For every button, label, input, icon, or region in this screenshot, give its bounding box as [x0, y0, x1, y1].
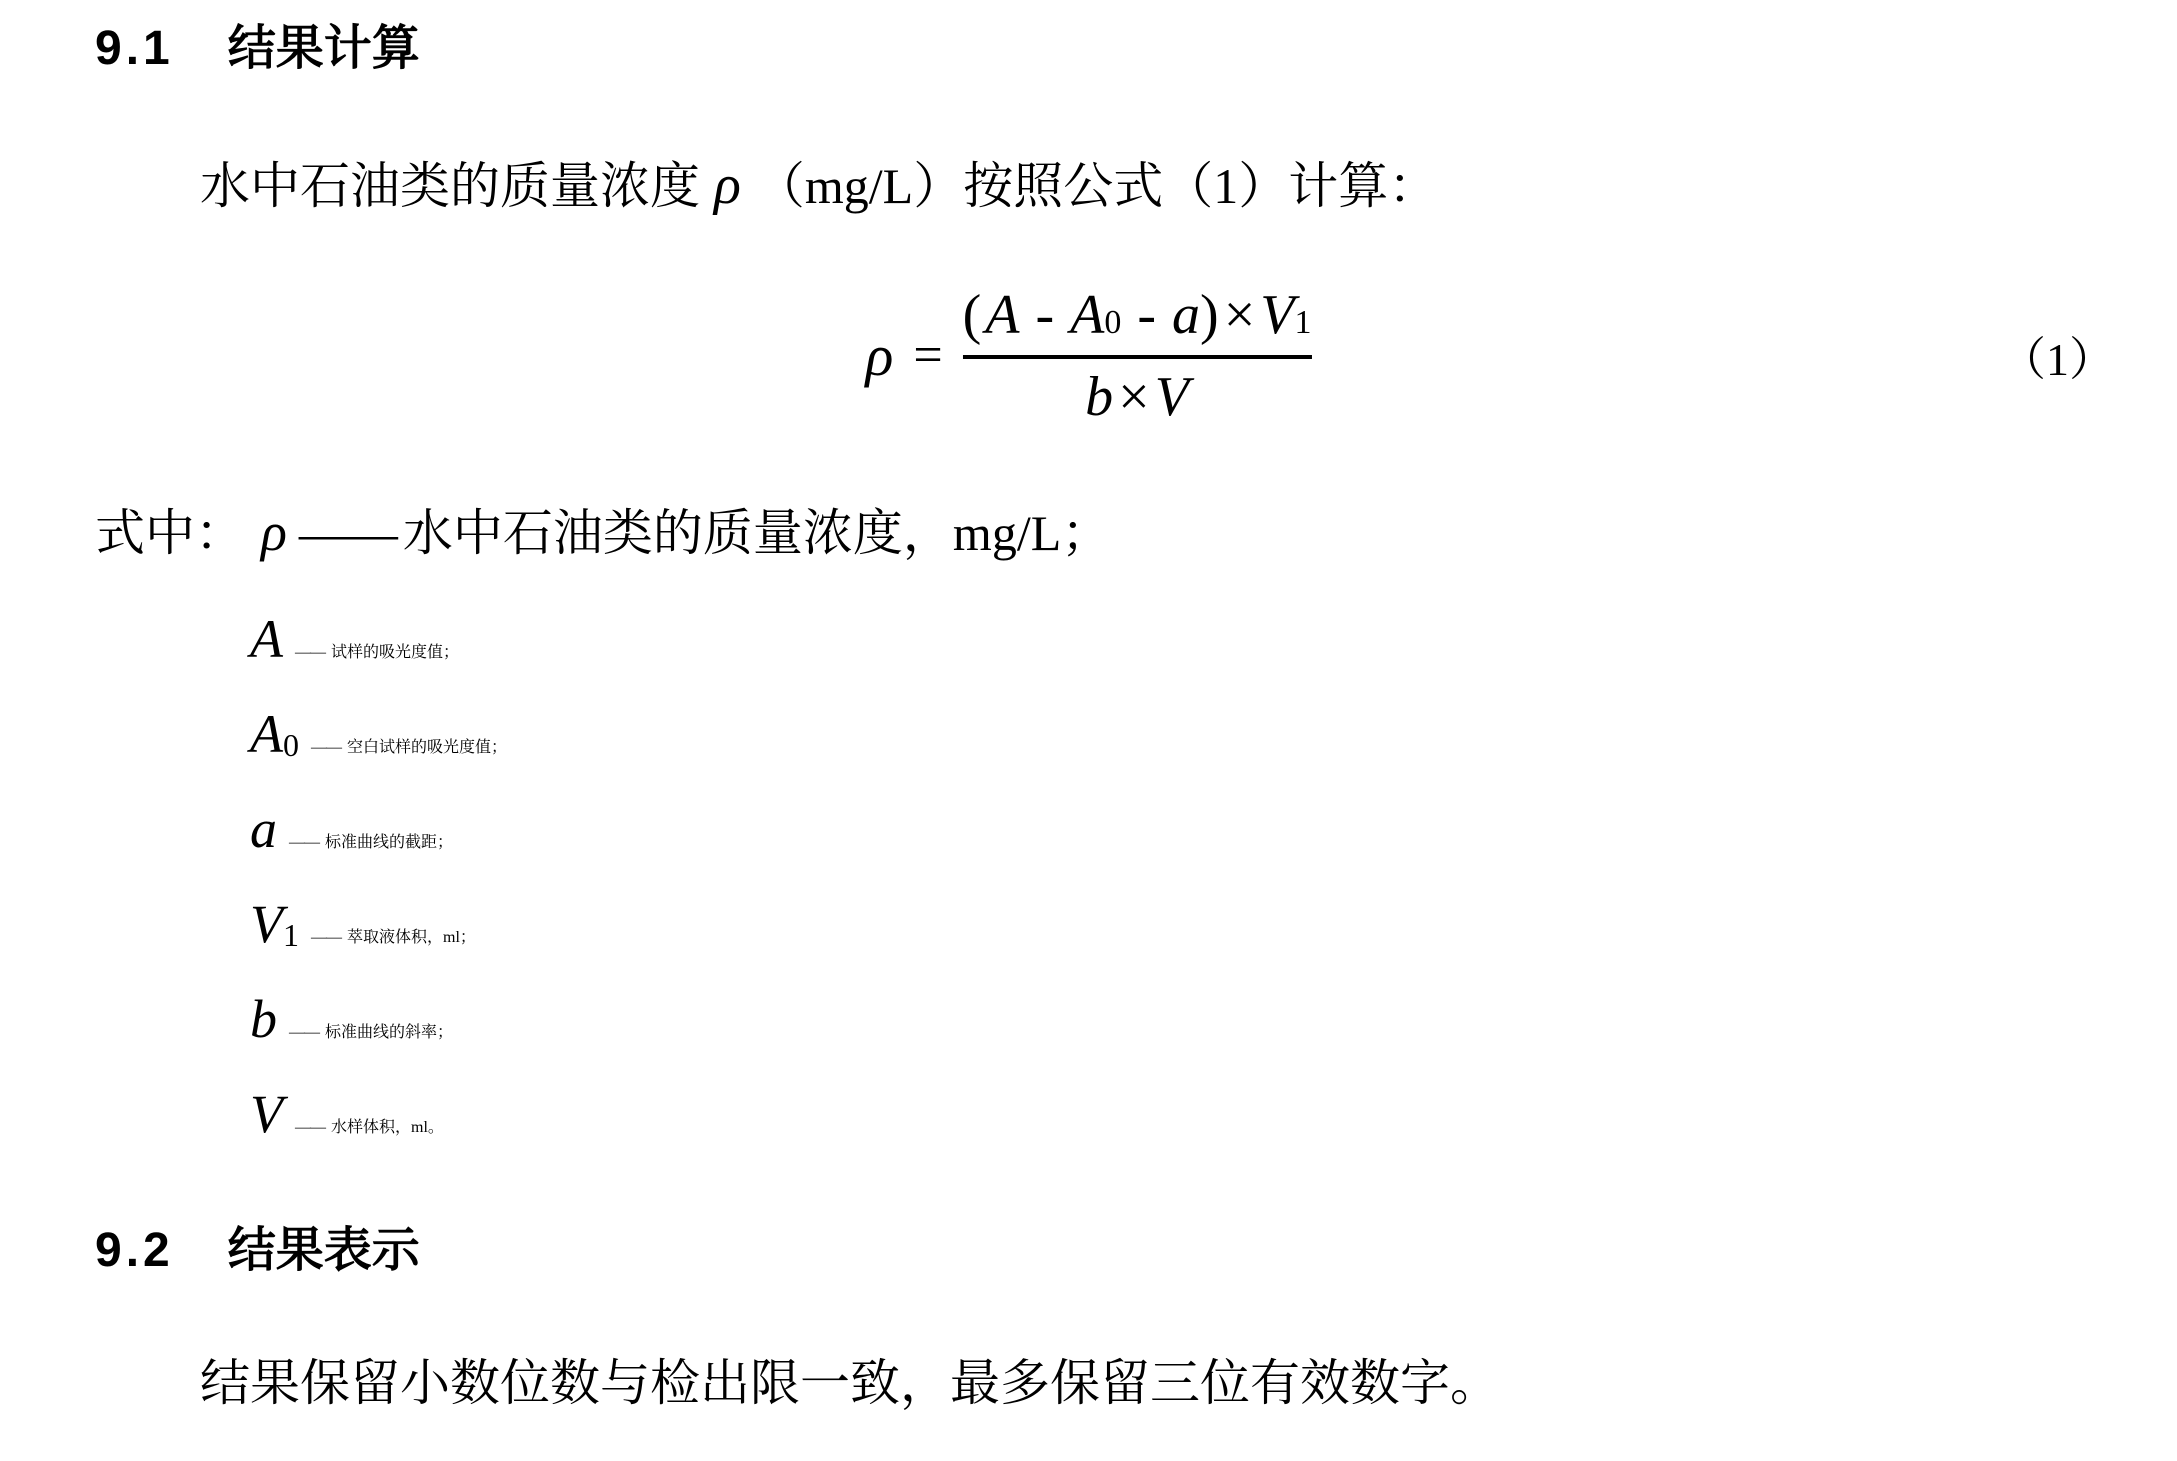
intro-text-suffix: （mg/L）按照公式（1）计算：	[755, 158, 1438, 214]
minus-sign: -	[1036, 283, 1055, 347]
definition-item: a——标准曲线的截距；	[250, 782, 507, 877]
definition-item: V——水样体积，ml。	[250, 1067, 507, 1162]
symbol-V: V	[250, 1084, 283, 1144]
equals-sign: =	[913, 326, 942, 385]
definition-dash: ——	[289, 1024, 319, 1041]
definition-symbol: V1	[250, 929, 299, 946]
definition-dash: ——	[311, 739, 341, 756]
definition-item: A——试样的吸光度值；	[250, 592, 507, 687]
document-page: 9.1结果计算 水中石油类的质量浓度ρ（mg/L）按照公式（1）计算： ρ = …	[0, 0, 2177, 1461]
fraction-bar	[963, 355, 1312, 359]
definition-text: 试样的吸光度值；	[331, 644, 459, 661]
fraction-denominator: b×V	[1085, 365, 1189, 429]
equation: ρ = (A-A0-a)×V1 b×V	[865, 283, 1311, 429]
definition-symbol: a	[250, 834, 277, 851]
var-A: A	[985, 283, 1019, 347]
section-title: 结果表示	[228, 1224, 420, 1277]
close-paren: )	[1200, 283, 1219, 347]
definition-item: b——标准曲线的斜率；	[250, 972, 507, 1067]
definition-item: V1——萃取液体积，ml；	[250, 877, 507, 972]
minus-sign: -	[1137, 283, 1156, 347]
equation-lhs-rho: ρ	[865, 322, 893, 389]
symbol-b: b	[250, 989, 277, 1049]
definition-item: A0——空白试样的吸光度值；	[250, 687, 507, 782]
definition-symbol: ρ	[261, 505, 287, 561]
definition-text: 水中石油类的质量浓度，mg/L；	[403, 505, 1111, 561]
section-heading-9-1: 9.1结果计算	[95, 20, 420, 78]
equation-block: ρ = (A-A0-a)×V1 b×V （1）	[0, 268, 2177, 443]
definition-symbol: A0	[250, 739, 299, 756]
rho-symbol: ρ	[714, 154, 741, 216]
definition-dash: ——	[311, 929, 341, 946]
var-V1: V	[1260, 283, 1294, 347]
fraction-numerator: (A-A0-a)×V1	[963, 283, 1312, 347]
definition-text: 萃取液体积，ml；	[347, 929, 476, 946]
multiply-sign: ×	[1224, 283, 1256, 347]
symbol-rho: ρ	[261, 502, 287, 562]
definition-symbol: b	[250, 1024, 277, 1041]
definition-text: 空白试样的吸光度值；	[347, 739, 507, 756]
fraction: (A-A0-a)×V1 b×V	[963, 283, 1312, 429]
result-representation-paragraph: 结果保留小数位数与检出限一致，最多保留三位有效数字。	[200, 1352, 1500, 1415]
definition-dash: ——	[289, 834, 319, 851]
intro-text-prefix: 水中石油类的质量浓度	[200, 158, 700, 214]
symbol-A: A	[250, 609, 283, 669]
definition-dash: ——	[295, 644, 325, 661]
definition-dash: ——	[295, 1119, 325, 1136]
symbol-A0: A	[250, 704, 283, 764]
intro-paragraph: 水中石油类的质量浓度ρ（mg/L）按照公式（1）计算：	[200, 150, 1438, 220]
var-a: a	[1172, 283, 1200, 347]
var-b: b	[1085, 365, 1113, 429]
definition-text: 标准曲线的斜率；	[325, 1024, 453, 1041]
where-clause-line: 式中：ρ——水中石油类的质量浓度，mg/L；	[95, 485, 1111, 581]
definition-text: 标准曲线的截距；	[325, 834, 453, 851]
section-number: 9.1	[95, 22, 174, 75]
definition-dash: ——	[299, 505, 397, 561]
section-heading-9-2: 9.2结果表示	[95, 1222, 420, 1280]
symbol-subscript: 0	[283, 727, 299, 763]
section-number: 9.2	[95, 1224, 174, 1277]
section-title: 结果计算	[228, 22, 420, 75]
var-A0: A	[1070, 283, 1104, 347]
definition-text: 水样体积，ml。	[331, 1119, 444, 1136]
open-paren: (	[963, 283, 982, 347]
definition-symbol: V	[250, 1119, 283, 1136]
equation-number: （1）	[2000, 323, 2115, 389]
definition-list: A——试样的吸光度值； A0——空白试样的吸光度值； a——标准曲线的截距； V…	[250, 592, 507, 1162]
definition-symbol: A	[250, 644, 283, 661]
symbol-a: a	[250, 799, 277, 859]
symbol-V1: V	[250, 894, 283, 954]
symbol-subscript: 1	[283, 917, 299, 953]
where-label: 式中：	[95, 505, 245, 561]
var-V: V	[1155, 365, 1189, 429]
multiply-sign: ×	[1118, 365, 1150, 429]
